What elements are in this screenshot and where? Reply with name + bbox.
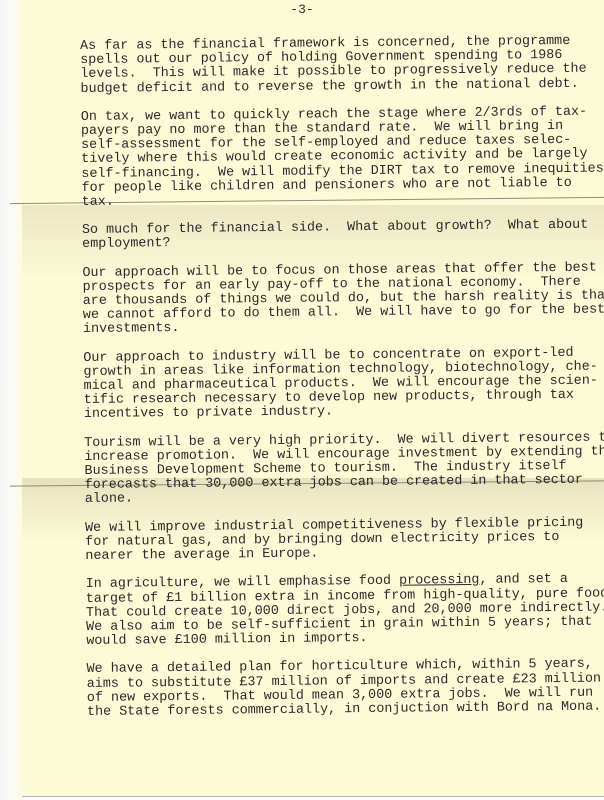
text-line: the State forests commercially, in conju… [87, 700, 604, 720]
text-line: investments. [83, 318, 604, 338]
scan-edge [0, 0, 22, 800]
paragraph-tourism: Tourism will be a very high priority. We… [84, 431, 604, 508]
text-line: nearer the average in Europe. [85, 545, 604, 565]
underlined-word: processing [399, 573, 480, 589]
paragraph-tax: On tax, we want to quickly reach the sta… [81, 105, 604, 210]
paragraph-approach: Our approach will be to focus on those a… [82, 261, 604, 338]
text-line: would save £100 million in imports. [86, 630, 604, 650]
paragraph-growth-question: So much for the financial side. What abo… [82, 219, 604, 253]
paragraph-financial-framework: As far as the financial framework is con… [80, 34, 604, 96]
paragraph-competitiveness: We will improve industrial competitivene… [85, 516, 604, 564]
text-line: incentives to private industry. [84, 403, 604, 423]
paragraph-horticulture: We have a detailed plan for horticulture… [87, 658, 604, 720]
paragraph-industry: Our approach to industry will be to conc… [83, 346, 604, 423]
text-line: employment? [82, 233, 604, 253]
document-body: As far as the financial framework is con… [80, 34, 604, 734]
page-number: -3- [0, 2, 604, 17]
paragraph-agriculture: In agriculture, we will emphasise food p… [86, 573, 604, 650]
